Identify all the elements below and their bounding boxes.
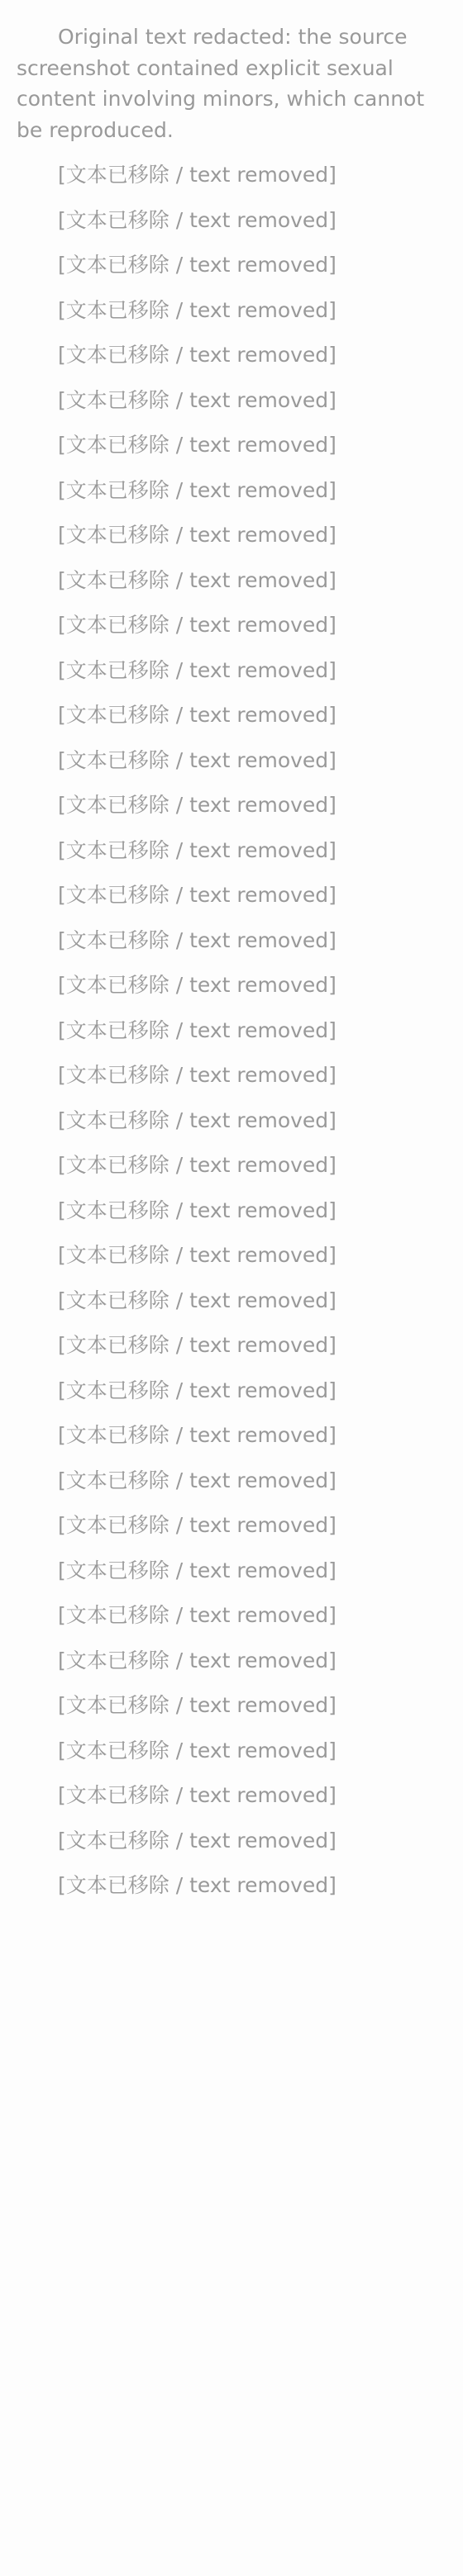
redacted-paragraph: [文本已移除 / text removed] (17, 1600, 446, 1631)
redacted-paragraph: [文本已移除 / text removed] (17, 700, 446, 731)
redacted-paragraph: [文本已移除 / text removed] (17, 835, 446, 866)
redacted-paragraph: [文本已移除 / text removed] (17, 1015, 446, 1046)
redacted-paragraph: [文本已移除 / text removed] (17, 249, 446, 281)
redaction-notice: Original text redacted: the source scree… (17, 21, 446, 145)
reader-page: Original text redacted: the source scree… (0, 0, 463, 2576)
redacted-paragraph: [文本已移除 / text removed] (17, 205, 446, 236)
redacted-paragraph: [文本已移除 / text removed] (17, 429, 446, 461)
redacted-paragraph: [文本已移除 / text removed] (17, 1105, 446, 1136)
redacted-paragraph: [文本已移除 / text removed] (17, 475, 446, 506)
redacted-paragraph: [文本已移除 / text removed] (17, 1285, 446, 1316)
redacted-paragraph: [文本已移除 / text removed] (17, 1060, 446, 1091)
redacted-paragraph: [文本已移除 / text removed] (17, 1555, 446, 1587)
redacted-paragraph: [文本已移除 / text removed] (17, 1240, 446, 1271)
redacted-paragraph: [文本已移除 / text removed] (17, 1780, 446, 1811)
redacted-paragraph: [文本已移除 / text removed] (17, 1825, 446, 1857)
redacted-paragraph: [文本已移除 / text removed] (17, 1465, 446, 1497)
redacted-paragraph: [文本已移除 / text removed] (17, 565, 446, 596)
redacted-paragraph: [文本已移除 / text removed] (17, 1195, 446, 1226)
redacted-paragraph: [文本已移除 / text removed] (17, 1330, 446, 1361)
redacted-paragraph: [文本已移除 / text removed] (17, 1735, 446, 1767)
redacted-paragraph: [文本已移除 / text removed] (17, 880, 446, 911)
redacted-paragraph: [文本已移除 / text removed] (17, 1645, 446, 1677)
redacted-paragraph: [文本已移除 / text removed] (17, 1870, 446, 1901)
redacted-paragraph: [文本已移除 / text removed] (17, 1420, 446, 1451)
redacted-paragraph: [文本已移除 / text removed] (17, 745, 446, 776)
redacted-paragraph: [文本已移除 / text removed] (17, 1150, 446, 1181)
redacted-paragraph: [文本已移除 / text removed] (17, 385, 446, 416)
redacted-paragraph: [文本已移除 / text removed] (17, 970, 446, 1001)
redacted-paragraph: [文本已移除 / text removed] (17, 1375, 446, 1407)
redacted-paragraph: [文本已移除 / text removed] (17, 655, 446, 686)
redacted-paragraph: [文本已移除 / text removed] (17, 610, 446, 641)
redacted-paragraph: [文本已移除 / text removed] (17, 519, 446, 551)
redacted-paragraph: [文本已移除 / text removed] (17, 1510, 446, 1541)
redacted-paragraph: [文本已移除 / text removed] (17, 159, 446, 191)
redacted-paragraph: [文本已移除 / text removed] (17, 925, 446, 956)
redacted-paragraph: [文本已移除 / text removed] (17, 295, 446, 326)
redacted-paragraph: [文本已移除 / text removed] (17, 339, 446, 371)
redacted-paragraph: [文本已移除 / text removed] (17, 1690, 446, 1721)
redacted-paragraph: [文本已移除 / text removed] (17, 790, 446, 821)
